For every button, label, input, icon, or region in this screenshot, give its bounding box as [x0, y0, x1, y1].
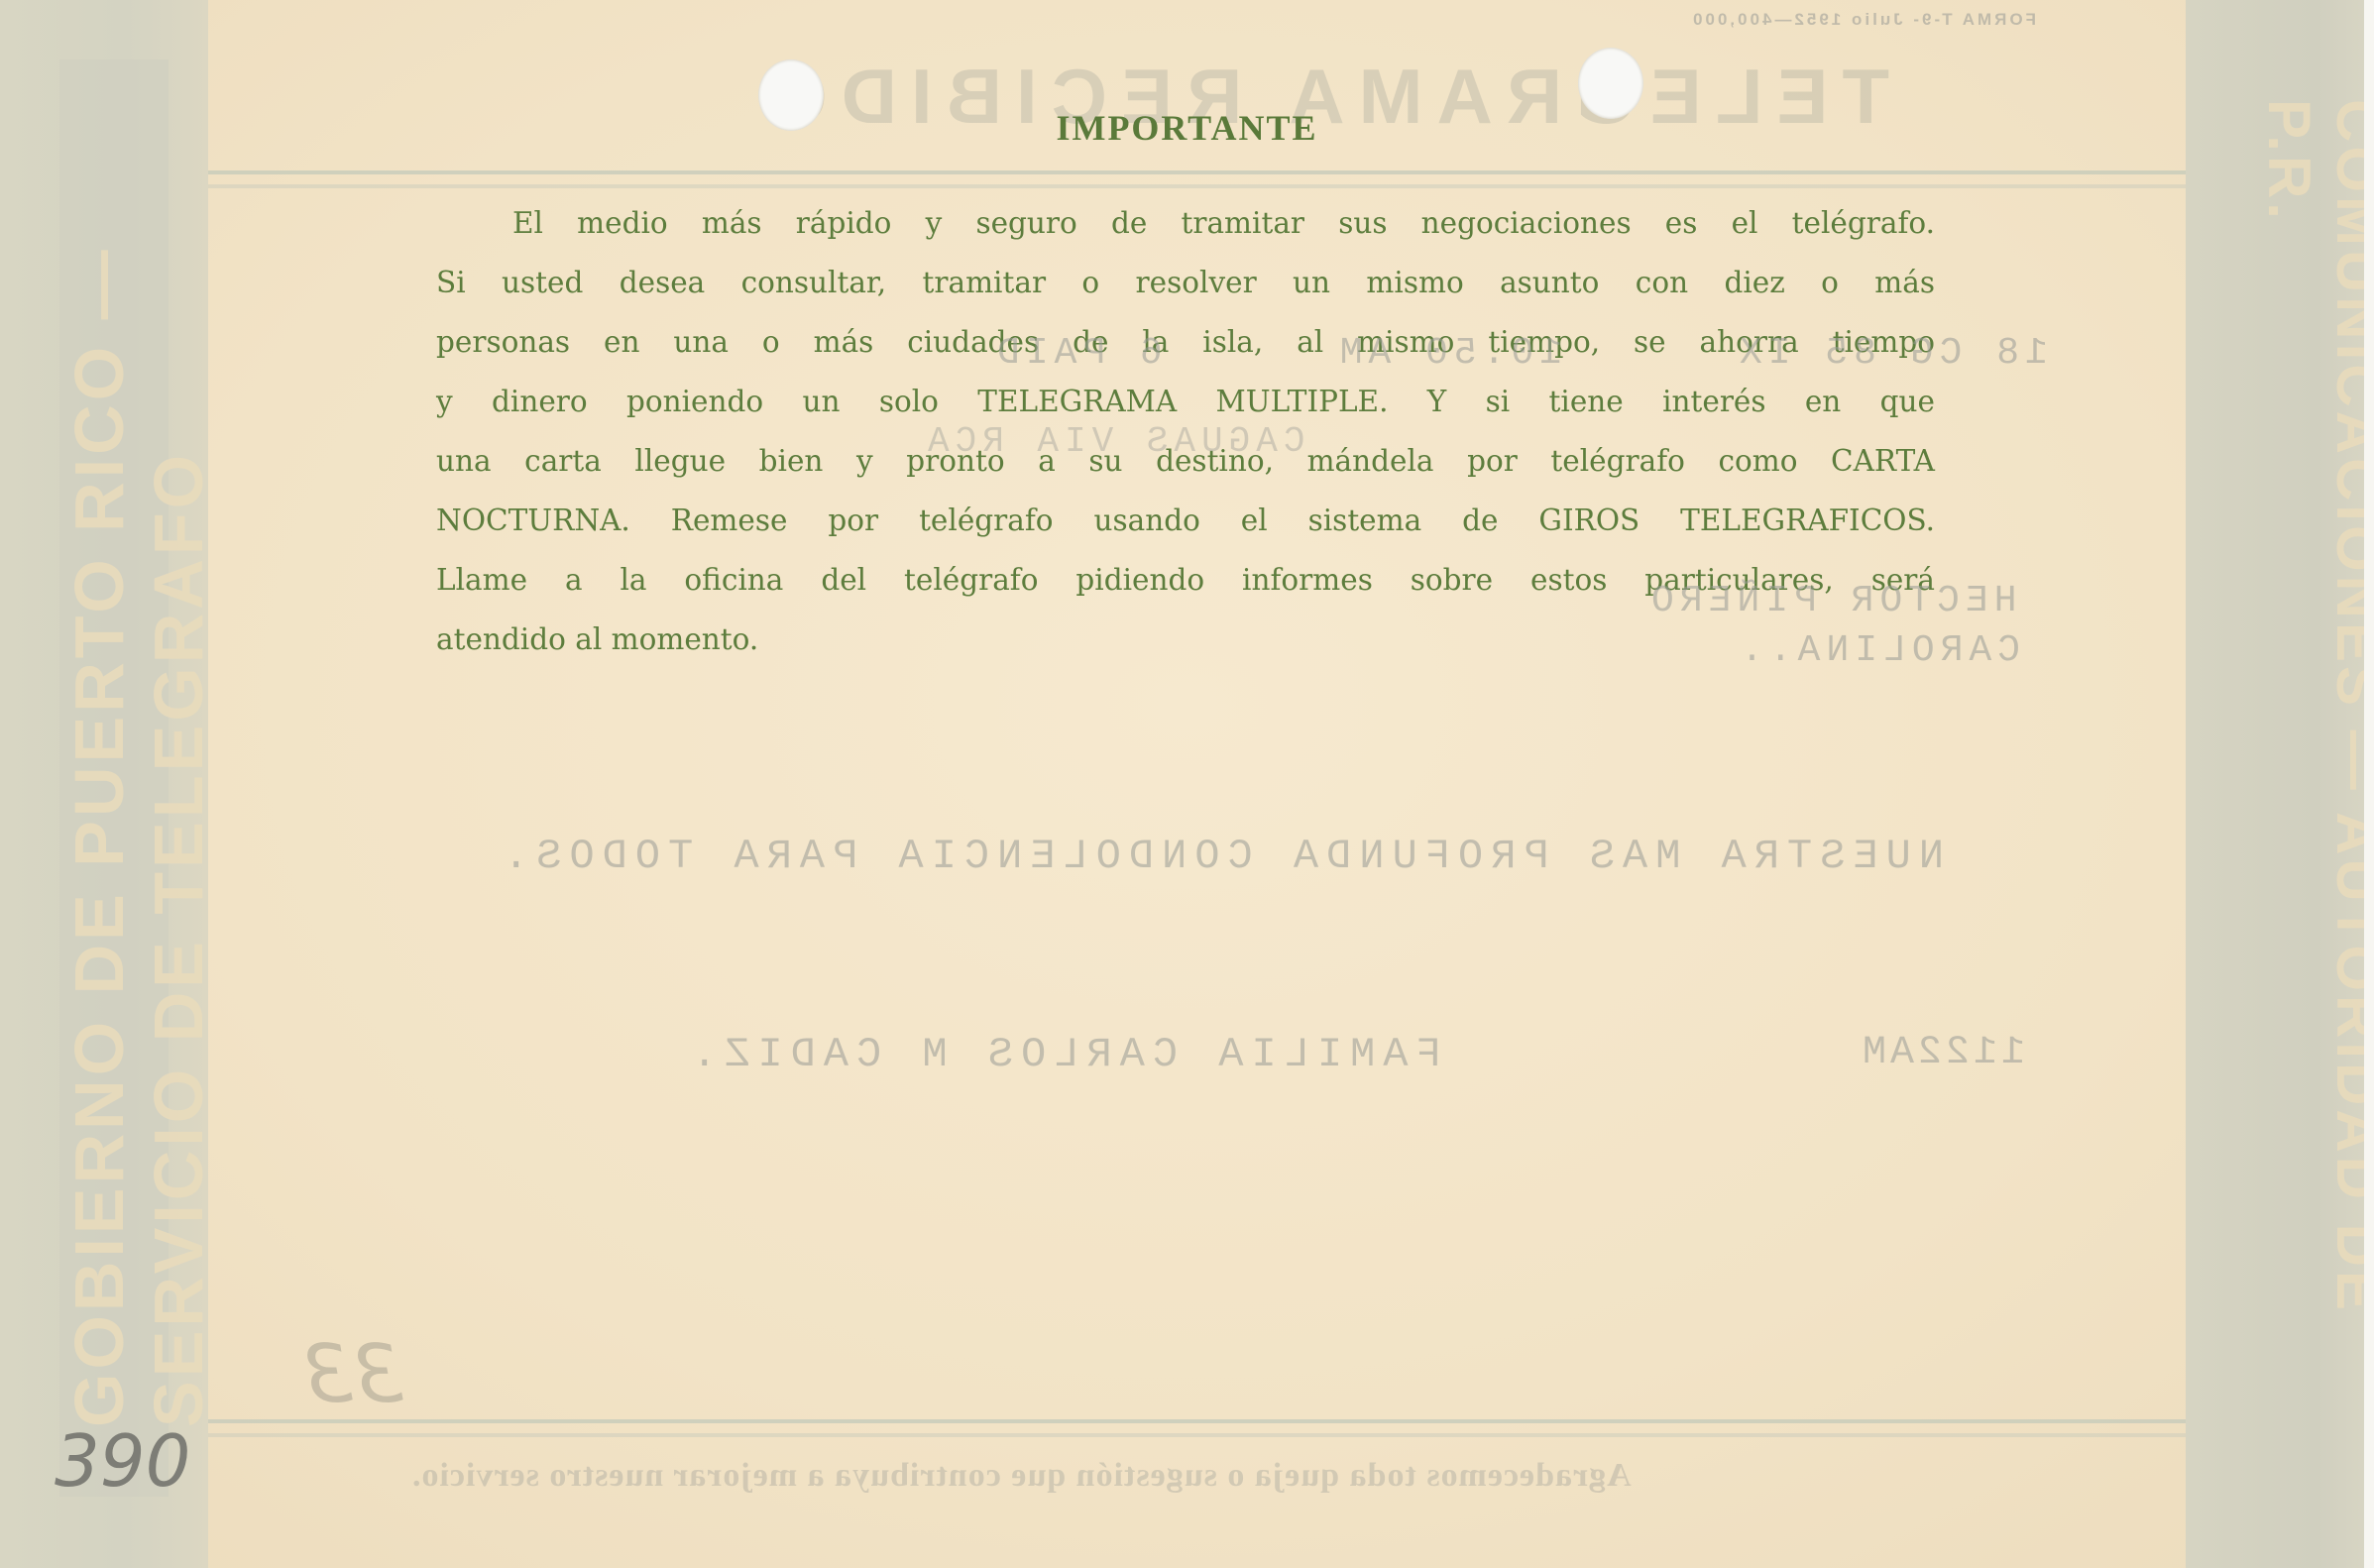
- recipient-name-bleed: HECTOR PIÑERO: [1645, 580, 2016, 622]
- bleed-number-annotation: 33: [302, 1328, 403, 1420]
- notice-line: NOCTURNA. Remese por telégrafo usando el…: [436, 491, 1935, 550]
- top-rule-2: [208, 184, 2186, 188]
- telegram-origin-bleed: CAGUAS VIA RCA: [922, 421, 1304, 462]
- telegram-header-bleed: 18 CG 85 IX 10.50 AM 6 PAID: [991, 332, 2048, 375]
- scan-edge: [2364, 0, 2374, 1568]
- right-side-strip: COMUNICACIONES — AUTORIDAD DE P.R.: [2186, 0, 2374, 1568]
- notice-line: Si usted desea consultar, tramitar o res…: [436, 253, 1935, 312]
- recipient-city-bleed: CAROLINA..: [1735, 629, 2020, 672]
- notice-line: El medio más rápido y seguro de tramitar…: [436, 193, 1935, 253]
- signature-bleed: FAMILIA CARLOS M CADIZ.: [684, 1031, 1441, 1078]
- time-code-bleed: 1122AM: [1859, 1031, 2025, 1075]
- top-rule: [208, 170, 2186, 174]
- form-number-bleed: FORMA T-9- Julio 1952—400,000: [1690, 10, 2036, 30]
- bottom-rule-2: [208, 1433, 2186, 1437]
- left-strip-text: GOBIERNO DE PUERTO RICO — SERVICIO DE TE…: [59, 139, 218, 1427]
- notice-title: IMPORTANTE: [0, 107, 2374, 149]
- footer-bleed: Agradecemos toda queja o sugestión que c…: [411, 1457, 1632, 1495]
- bottom-rule: [208, 1419, 2186, 1423]
- right-strip-text: COMUNICACIONES — AUTORIDAD DE P.R.: [2255, 99, 2374, 1437]
- left-side-strip: GOBIERNO DE PUERTO RICO — SERVICIO DE TE…: [0, 0, 208, 1568]
- pencil-number-annotation: 390: [55, 1419, 190, 1503]
- message-bleed: NUESTRA MAS PROFUNDA CONDOLENCIA PARA TO…: [496, 833, 1944, 880]
